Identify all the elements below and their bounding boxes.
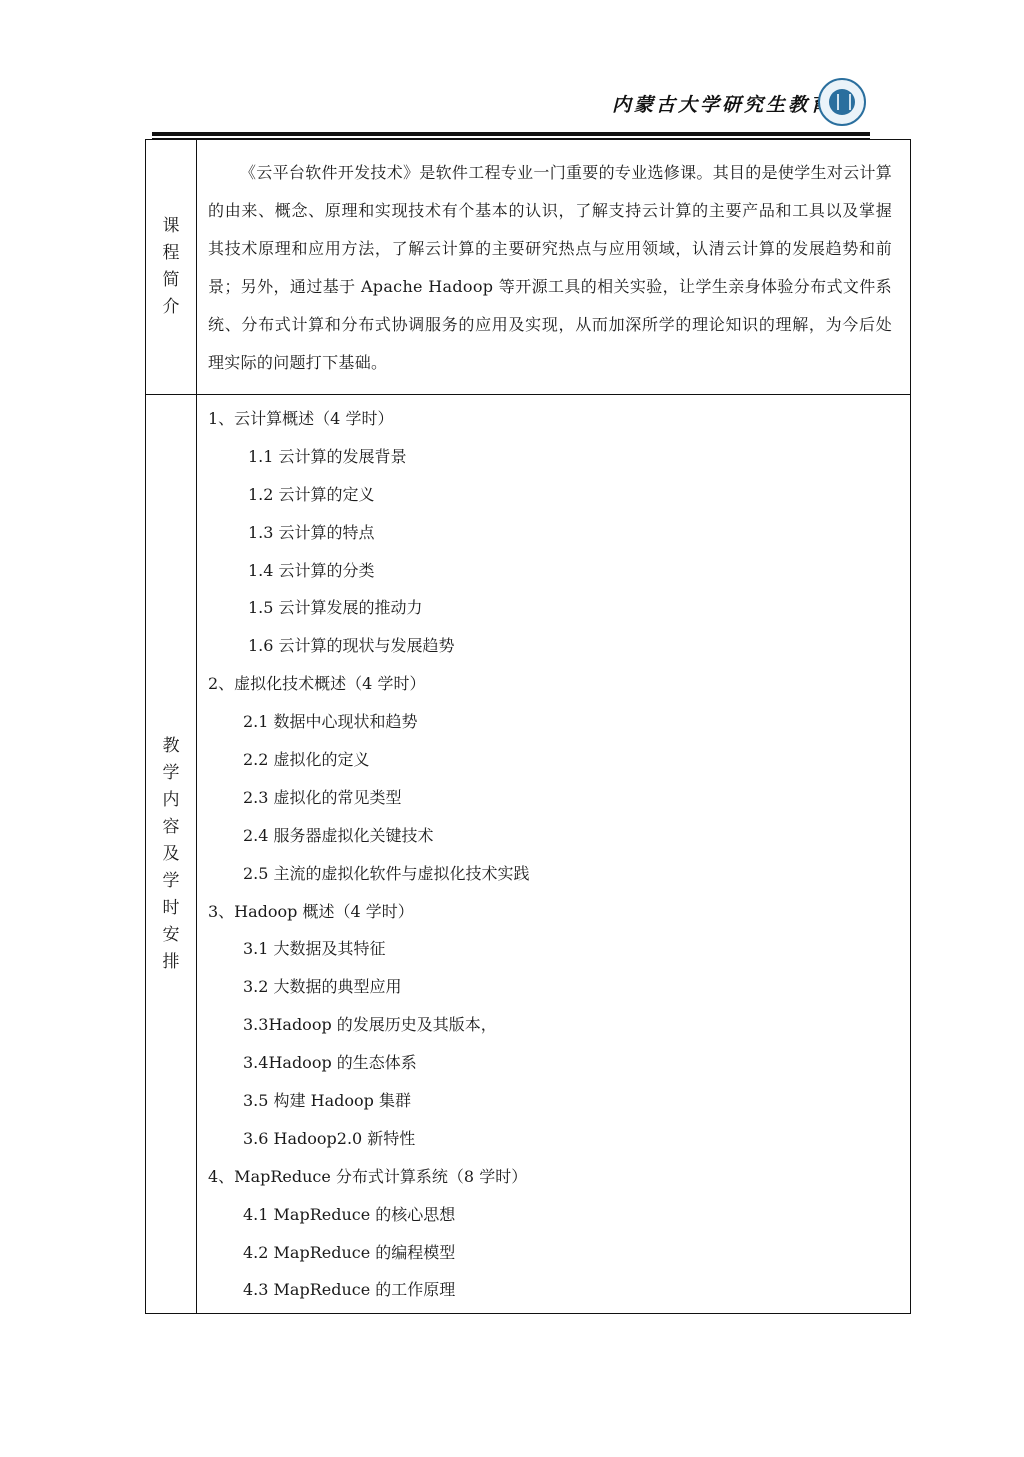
syllabus-section: 1.2 云计算的定义 (208, 476, 892, 514)
syllabus-section: 3.1 大数据及其特征 (208, 930, 892, 968)
label-char: 及 (146, 841, 196, 868)
course-intro-text: 《云平台软件开发技术》是软件工程专业一门重要的专业选修课。其目的是使学生对云计算… (208, 140, 892, 394)
course-info-table: 课 程 简 介 《云平台软件开发技术》是软件工程专业一门重要的专业选修课。其目的… (145, 139, 911, 1314)
syllabus-section: 1.4 云计算的分类 (208, 552, 892, 590)
syllabus-section: 3.6 Hadoop2.0 新特性 (208, 1120, 892, 1158)
course-intro-row: 课 程 简 介 《云平台软件开发技术》是软件工程专业一门重要的专业选修课。其目的… (146, 140, 911, 395)
syllabus-section: 1.5 云计算发展的推动力 (208, 589, 892, 627)
label-char: 内 (146, 787, 196, 814)
syllabus-chapter: 4、MapReduce 分布式计算系统（8 学时） (208, 1158, 892, 1196)
syllabus-chapter: 1、云计算概述（4 学时） (208, 400, 892, 438)
syllabus-row: 教学内容及学时安排 1、云计算概述（4 学时）1.1 云计算的发展背景1.2 云… (146, 395, 911, 1314)
header-rule (152, 132, 870, 136)
label-char: 学 (146, 760, 196, 787)
syllabus-section: 1.1 云计算的发展背景 (208, 438, 892, 476)
syllabus-content: 1、云计算概述（4 学时）1.1 云计算的发展背景1.2 云计算的定义1.3 云… (197, 395, 911, 1314)
syllabus-section: 4.1 MapReduce 的核心思想 (208, 1196, 892, 1234)
label-char: 简 (146, 267, 196, 294)
label-char: 安 (146, 922, 196, 949)
syllabus-section: 3.2 大数据的典型应用 (208, 968, 892, 1006)
syllabus-section: 2.3 虚拟化的常见类型 (208, 779, 892, 817)
label-char: 时 (146, 895, 196, 922)
syllabus-section: 1.3 云计算的特点 (208, 514, 892, 552)
syllabus-chapter: 2、虚拟化技术概述（4 学时） (208, 665, 892, 703)
syllabus-section: 1.6 云计算的现状与发展趋势 (208, 627, 892, 665)
university-logo-icon (818, 78, 866, 126)
label-char: 课 (146, 213, 196, 240)
syllabus-section: 2.2 虚拟化的定义 (208, 741, 892, 779)
syllabus-section: 3.5 构建 Hadoop 集群 (208, 1082, 892, 1120)
label-char: 程 (146, 240, 196, 267)
page-header: 内蒙古大学研究生教育 (0, 0, 1024, 140)
label-char: 容 (146, 814, 196, 841)
syllabus-section: 4.3 MapReduce 的工作原理 (208, 1271, 892, 1309)
label-char: 学 (146, 868, 196, 895)
syllabus-section: 2.1 数据中心现状和趋势 (208, 703, 892, 741)
syllabus-section: 4.2 MapReduce 的编程模型 (208, 1234, 892, 1272)
course-intro-label: 课 程 简 介 (146, 140, 197, 395)
syllabus-list: 1、云计算概述（4 学时）1.1 云计算的发展背景1.2 云计算的定义1.3 云… (208, 395, 892, 1313)
label-char: 介 (146, 294, 196, 321)
syllabus-section: 2.5 主流的虚拟化软件与虚拟化技术实践 (208, 855, 892, 893)
label-char: 排 (146, 949, 196, 976)
syllabus-chapter: 3、Hadoop 概述（4 学时） (208, 893, 892, 931)
syllabus-section: 2.4 服务器虚拟化关键技术 (208, 817, 892, 855)
label-char: 教 (146, 733, 196, 760)
syllabus-label: 教学内容及学时安排 (146, 395, 197, 1314)
syllabus-section: 3.3Hadoop 的发展历史及其版本， (208, 1006, 892, 1044)
syllabus-section: 3.4Hadoop 的生态体系 (208, 1044, 892, 1082)
header-title: 内蒙古大学研究生教育 (612, 90, 832, 117)
course-intro-content: 《云平台软件开发技术》是软件工程专业一门重要的专业选修课。其目的是使学生对云计算… (197, 140, 911, 395)
